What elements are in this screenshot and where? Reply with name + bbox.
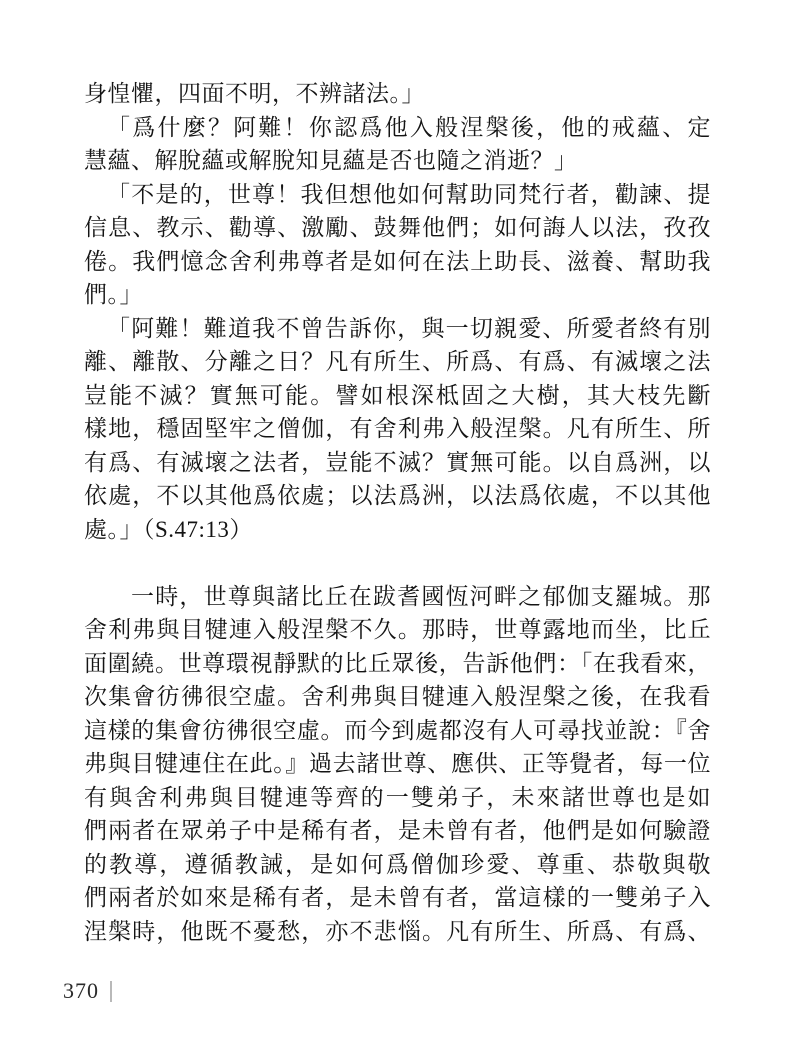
- text-line: 舍利弗與目犍連入般涅槃不久。那時，世尊露地而坐，比丘眾四: [84, 613, 711, 647]
- text-line: 有爲、有滅壞之法者，豈能不滅？實無可能。以自爲洲，以自爲: [84, 446, 711, 480]
- page-footer: 370: [63, 978, 112, 1004]
- text-line: 弗與目犍連住在此。』過去諸世尊、應供、正等覺者，每一位皆: [84, 747, 711, 781]
- text-line: 慧蘊、解脫蘊或解脫知見蘊是否也隨之消逝？」: [84, 144, 711, 178]
- section: 身惶懼，四面不明，不辨諸法。」「爲什麼？阿難！你認爲他入般涅槃後，他的戒蘊、定蘊…: [84, 77, 711, 546]
- text-line: 面圍繞。世尊環視靜默的比丘眾後，告訴他們：「在我看來，這: [84, 647, 711, 681]
- text-line: 有與舍利弗與目犍連等齊的一雙弟子，未來諸世尊也是如此。他: [84, 781, 711, 815]
- text-line: 「爲什麼？阿難！你認爲他入般涅槃後，他的戒蘊、定蘊、: [84, 111, 711, 145]
- book-page: 身惶懼，四面不明，不辨諸法。」「爲什麼？阿難！你認爲他入般涅槃後，他的戒蘊、定蘊…: [0, 0, 792, 1056]
- text-line: 離、離散、分離之日？凡有所生、所爲、有爲、有滅壞之法者，: [84, 345, 711, 379]
- text-line: 豈能不滅？實無可能。譬如根深柢固之大樹，其大枝先斷落，同: [84, 379, 711, 413]
- text-line: 信息、教示、勸導、激勵、鼓舞他們；如何誨人以法，孜孜不: [84, 211, 711, 245]
- text-line: 處。」（S.47:13）: [84, 513, 711, 547]
- text-line: 次集會彷彿很空虛。舍利弗與目犍連入般涅槃之後，在我看來，: [84, 680, 711, 714]
- section: 一時，世尊與諸比丘在跋耆國恆河畔之郁伽支羅城。那時，舍利弗與目犍連入般涅槃不久。…: [84, 580, 711, 949]
- text-line: 「阿難！難道我不曾告訴你，與一切親愛、所愛者終有別: [84, 312, 711, 346]
- text-line: 這樣的集會彷彿很空虛。而今到處都沒有人可尋找並說：『舍利: [84, 714, 711, 748]
- page-number-divider: [110, 981, 112, 1002]
- text-line: 們。」: [84, 278, 711, 312]
- text-line: 樣地，穩固堅牢之僧伽，有舍利弗入般涅槃。凡有所生、所爲、: [84, 412, 711, 446]
- text-line: 倦。我們憶念舍利弗尊者是如何在法上助長、滋養、幫助我: [84, 245, 711, 279]
- text-line: 一時，世尊與諸比丘在跋耆國恆河畔之郁伽支羅城。那時，: [84, 580, 711, 614]
- section-break: [84, 546, 711, 580]
- text-line: 的教導，遵循教誡，是如何爲僧伽珍愛、尊重、恭敬與敬愛。他: [84, 848, 711, 882]
- text-block: 身惶懼，四面不明，不辨諸法。」「爲什麼？阿難！你認爲他入般涅槃後，他的戒蘊、定蘊…: [84, 77, 711, 948]
- text-line: 涅槃時，他既不憂愁，亦不悲惱。凡有所生、所爲、有爲、有滅: [84, 915, 711, 949]
- text-line: 依處，不以其他爲依處；以法爲洲，以法爲依處，不以其他爲依: [84, 479, 711, 513]
- text-line: 「不是的，世尊！我但想他如何幫助同梵行者，勸諫、提供: [84, 178, 711, 212]
- text-line: 們兩者於如來是稀有者，是未曾有者，當這樣的一雙弟子入入般: [84, 881, 711, 915]
- page-number: 370: [63, 978, 99, 1004]
- text-line: 們兩者在眾弟子中是稀有者，是未曾有者，他們是如何驗證大師: [84, 814, 711, 848]
- text-line: 身惶懼，四面不明，不辨諸法。」: [84, 77, 711, 111]
